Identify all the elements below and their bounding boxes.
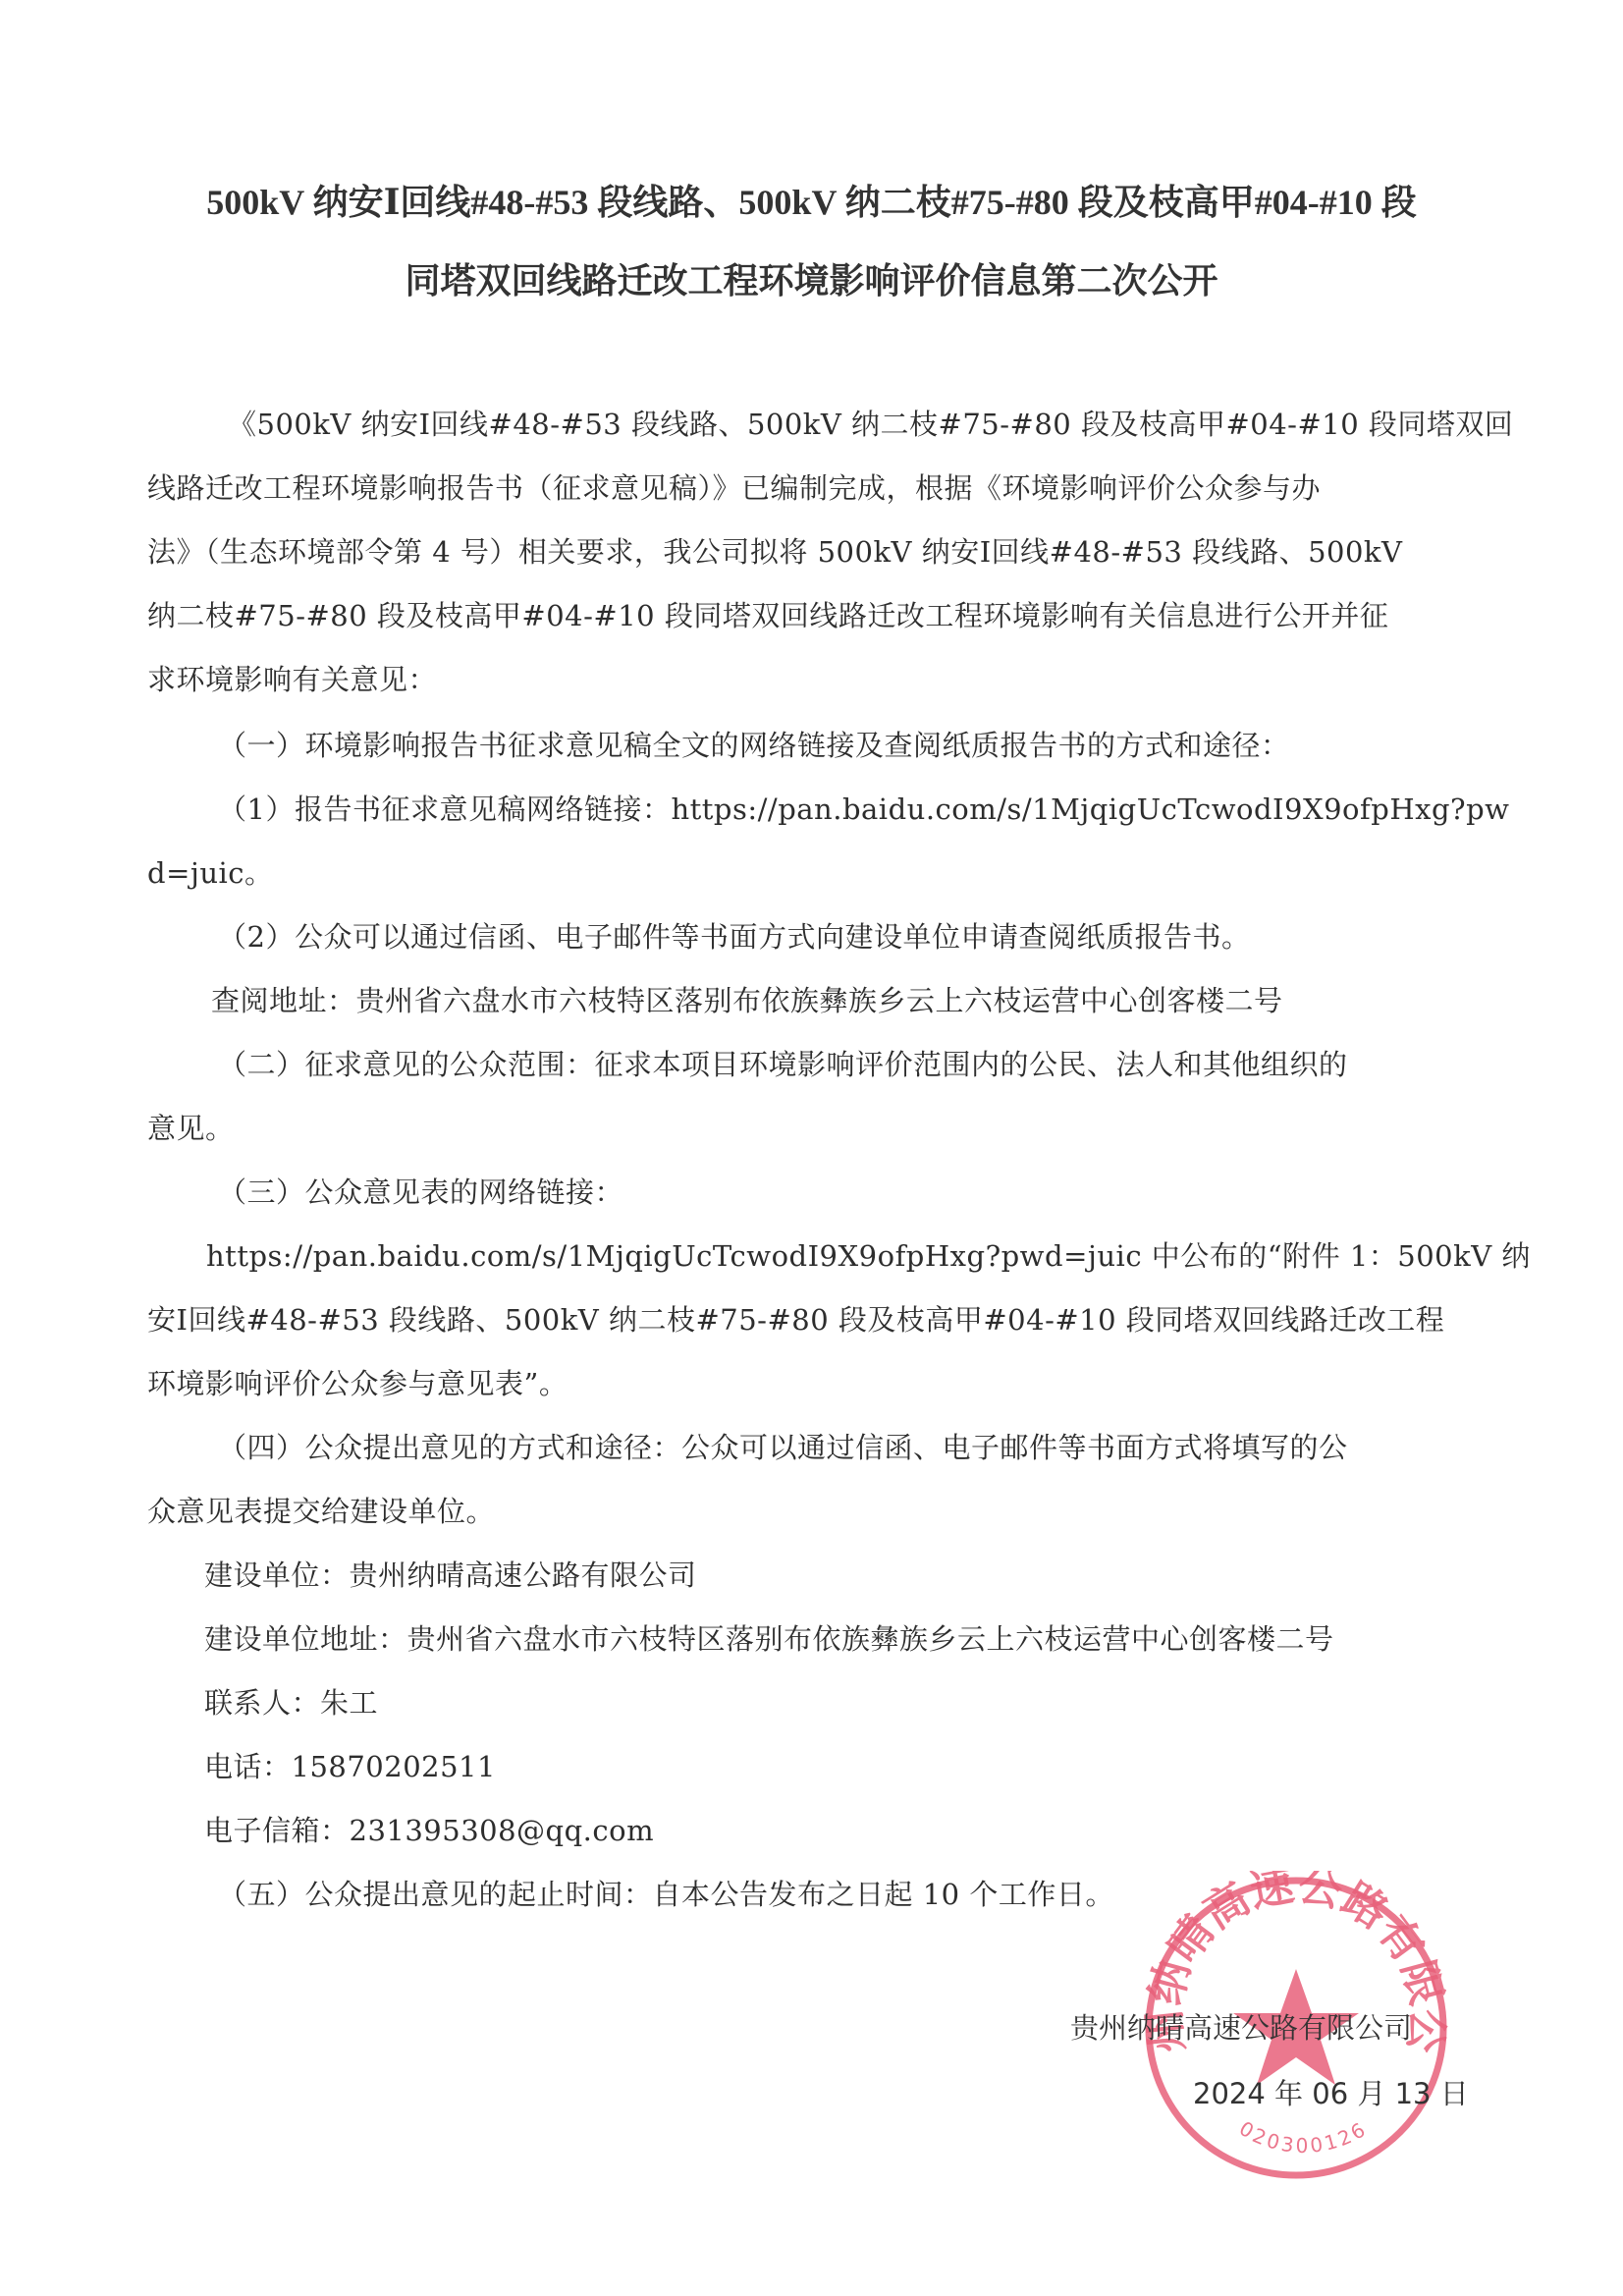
section1-item1-line1: （1）报告书征求意见稿网络链接：https://pan.baidu.com/s/… — [218, 788, 1509, 828]
contact-unit: 建设单位：贵州纳晴高速公路有限公司 — [204, 1554, 697, 1594]
intro-line-5: 求环境影响有关意见： — [147, 658, 437, 698]
section4-line1: （四）公众提出意见的方式和途径：公众可以通过信函、电子邮件等书面方式将填写的公 — [218, 1426, 1348, 1466]
intro-line-4: 纳二枝#75-#80 段及枝高甲#04-#10 段同塔双回线路迁改工程环境影响有… — [147, 594, 1388, 634]
section3-line3: 环境影响评价公众参与意见表”。 — [147, 1362, 568, 1402]
contact-person: 联系人：朱工 — [204, 1681, 378, 1722]
section1-item1-line2: d=juic。 — [147, 851, 274, 892]
title-line-1: 500kV 纳安Ⅰ回线#48-#53 段线路、500kV 纳二枝#75-#80 … — [0, 175, 1623, 225]
section3-line2: 安Ⅰ回线#48-#53 段线路、500kV 纳二枝#75-#80 段及枝高甲#0… — [147, 1298, 1444, 1339]
section4-line2: 众意见表提交给建设单位。 — [147, 1490, 495, 1530]
section1-heading: （一）环境影响报告书征求意见稿全文的网络链接及查阅纸质报告书的方式和途径： — [218, 724, 1290, 764]
intro-line-2: 线路迁改工程环境影响报告书（征求意见稿）》已编制完成，根据《环境影响评价公众参与… — [147, 466, 1321, 507]
signature-company: 贵州纳晴高速公路有限公司 — [1070, 2006, 1412, 2047]
section3-line1: https://pan.baidu.com/s/1MjqigUcTcwodI9X… — [206, 1234, 1531, 1275]
contact-phone: 电话：15870202511 — [204, 1745, 496, 1785]
review-address: 查阅地址：贵州省六盘水市六枝特区落别布依族彝族乡云上六枝运营中心创客楼二号 — [211, 979, 1283, 1019]
contact-email: 电子信箱：231395308@qq.com — [204, 1809, 654, 1849]
intro-line-1: 《500kV 纳安I回线#48-#53 段线路、500kV 纳二枝#75-#80… — [228, 403, 1513, 443]
contact-address: 建设单位地址：贵州省六盘水市六枝特区落别布依族彝族乡云上六枝运营中心创客楼二号 — [204, 1617, 1334, 1658]
section3-heading: （三）公众意见表的网络链接： — [218, 1171, 623, 1211]
section5: （五）公众提出意见的起止时间：自本公告发布之日起 10 个工作日。 — [218, 1873, 1114, 1913]
signature-date: 2024 年 06 月 13 日 — [1193, 2072, 1469, 2112]
section2-line1: （二）征求意见的公众范围：征求本项目环境影响评价范围内的公民、法人和其他组织的 — [218, 1043, 1348, 1083]
section2-line2: 意见。 — [147, 1107, 235, 1147]
section1-item2: （2）公众可以通过信函、电子邮件等书面方式向建设单位申请查阅纸质报告书。 — [218, 915, 1250, 956]
title-line-2: 同塔双回线路迁改工程环境影响评价信息第二次公开 — [0, 253, 1623, 303]
intro-line-3: 法》（生态环境部令第 4 号）相关要求，我公司拟将 500kV 纳安I回线#48… — [147, 530, 1402, 571]
